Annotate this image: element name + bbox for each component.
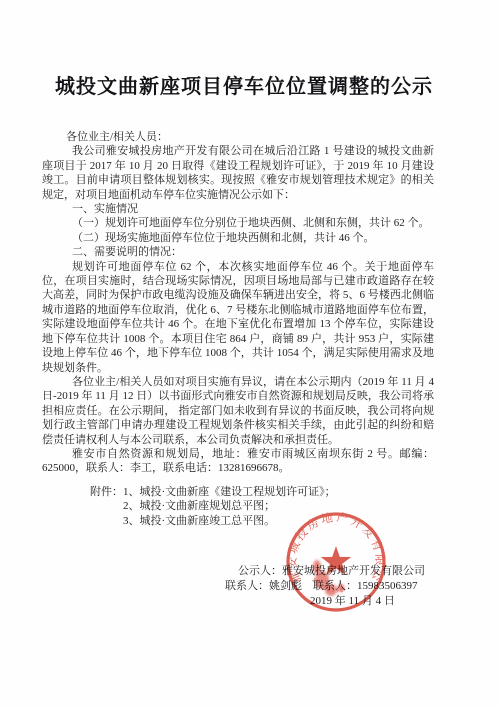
notice-title: 城投文曲新座项目停车位位置调整的公示 (48, 70, 440, 99)
section1-heading: 一、实施情况 (42, 202, 434, 216)
section2-paragraph: 规划许可地面停车位 62 个，本次核实地面停车位 46 个。关于地面停车位，在项… (42, 260, 434, 375)
signature-block: 公示人：雅安城投房地产开发有限公司 联系人：姚剑彪 联系人：1598350639… (225, 564, 434, 608)
signature-contacts: 联系人：姚剑彪 联系人：15983506397 (225, 579, 434, 594)
attachments-label: 附件： (90, 486, 123, 498)
signature-date: 2019 年 11 月 4 日 (225, 594, 434, 609)
scanned-notice-page: 城投文曲新座项目停车位位置调整的公示 各位业主/相关人员： 我公司雅安城投房地产… (0, 0, 500, 707)
section1-item-2: （二）现场实施地面停车位位于地块西侧和北侧，共计 46 个。 (42, 231, 434, 245)
signature-publisher: 公示人：雅安城投房地产开发有限公司 (225, 564, 434, 579)
objection-paragraph: 各位业主/相关人员如对项目实施有异议，请在本公示期内（2019 年 11 月 4… (42, 375, 434, 447)
attachment-item: 2、城投·文曲新座规划总平图； (123, 499, 434, 513)
attachments-block: 附件：1、城投·文曲新座《建设工程规划许可证》； 2、城投·文曲新座规划总平图；… (90, 485, 434, 528)
notice-body: 各位业主/相关人员： 我公司雅安城投房地产开发有限公司在城后沿江路 1 号建设的… (42, 130, 434, 528)
notice-content: 城投文曲新座项目停车位位置调整的公示 各位业主/相关人员： 我公司雅安城投房地产… (42, 70, 434, 608)
section1-item-1: （一）规划许可地面停车位分别位于地块西侧、北侧和东侧，共计 62 个。 (42, 216, 434, 230)
attachment-item: 3、城投·文曲新座竣工总平图。 (123, 514, 434, 528)
section2-heading: 二、需要说明的情况： (42, 245, 434, 259)
intro-paragraph: 我公司雅安城投房地产开发有限公司在城后沿江路 1 号建设的城投文曲新座项目于 2… (42, 144, 434, 202)
salutation: 各位业主/相关人员： (42, 130, 434, 144)
authority-paragraph: 雅安市自然资源和规划局，地址：雅安市雨城区南坝东街 2 号。邮编：625000，… (42, 447, 434, 476)
attachment-item: 1、城投·文曲新座《建设工程规划许可证》； (123, 486, 336, 498)
